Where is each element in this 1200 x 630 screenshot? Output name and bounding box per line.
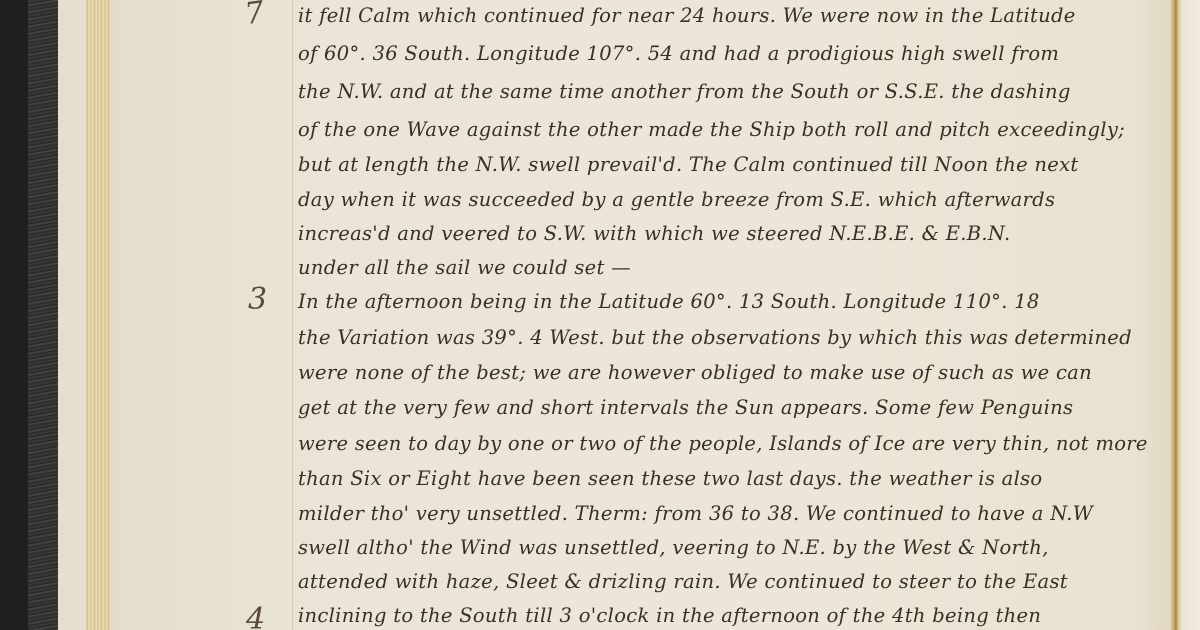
- book-cover-edge: [0, 0, 28, 630]
- margin-date-mark: 3: [248, 282, 267, 317]
- manuscript-line: get at the very few and short intervals …: [298, 396, 1073, 419]
- manuscript-line: In the afternoon being in the Latitude 6…: [298, 290, 1040, 313]
- flyleaf: [58, 0, 86, 630]
- margin-rule: [292, 0, 293, 630]
- book-binding: [28, 0, 58, 630]
- manuscript-line: attended with haze, Sleet & drizling rai…: [298, 570, 1068, 593]
- manuscript-line: but at length the N.W. swell prevail'd. …: [298, 153, 1079, 176]
- manuscript-line: of 60°. 36 South. Longitude 107°. 54 and…: [298, 42, 1059, 65]
- manuscript-line: inclining to the South till 3 o'clock in…: [298, 604, 1041, 627]
- margin-date-mark: 7: [243, 0, 267, 32]
- manuscript-line: milder tho' very unsettled. Therm: from …: [298, 502, 1093, 525]
- page-edges: [86, 0, 110, 630]
- manuscript-line: than Six or Eight have been seen these t…: [298, 467, 1042, 490]
- manuscript-line: swell altho' the Wind was unsettled, vee…: [298, 536, 1049, 559]
- manuscript-line: it fell Calm which continued for near 24…: [298, 4, 1076, 27]
- right-page-edge: [1140, 0, 1200, 630]
- manuscript-line: day when it was succeeded by a gentle br…: [298, 188, 1055, 211]
- manuscript-line: the Variation was 39°. 4 West. but the o…: [298, 326, 1132, 349]
- manuscript-line: of the one Wave against the other made t…: [298, 118, 1125, 141]
- manuscript-line: were none of the best; we are however ob…: [298, 361, 1092, 384]
- manuscript-line: increas'd and veered to S.W. with which …: [298, 222, 1011, 245]
- manuscript-line: were seen to day by one or two of the pe…: [298, 432, 1148, 455]
- manuscript-line: the N.W. and at the same time another fr…: [298, 80, 1071, 103]
- manuscript-line: under all the sail we could set —: [298, 256, 631, 279]
- margin-date-mark: 4: [246, 602, 265, 630]
